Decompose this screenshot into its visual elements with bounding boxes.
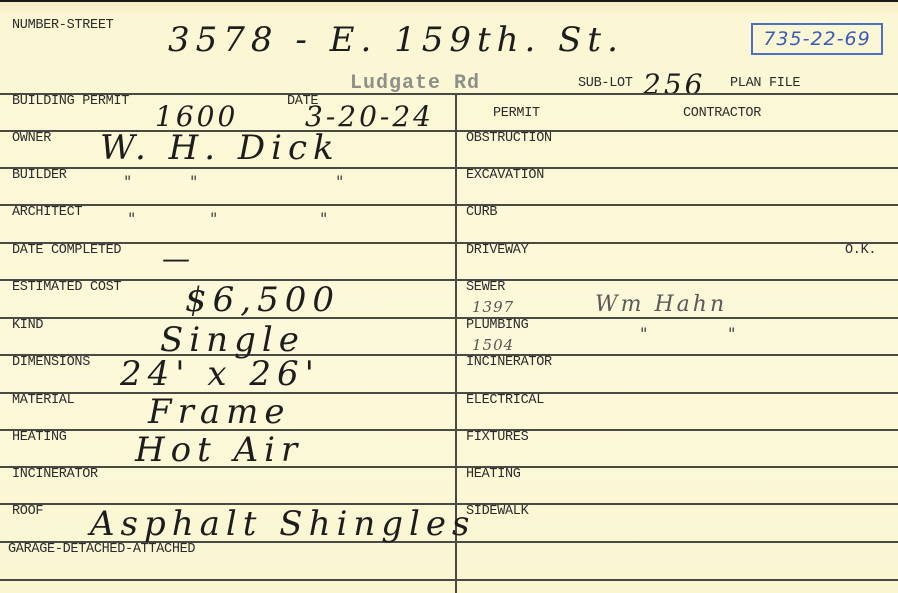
material-value: Frame <box>148 392 290 432</box>
plumbing-contractor-ditto-2: " <box>728 324 735 343</box>
builder-ditto-2: " <box>190 172 197 191</box>
architect-ditto-1: " <box>128 209 135 228</box>
curb-label: CURB <box>466 205 497 220</box>
garage-label: GARAGE-DETACHED-ATTACHED <box>8 542 195 557</box>
sewer-contractor: Wm Hahn <box>595 292 727 317</box>
builder-ditto-3: " <box>336 172 343 191</box>
contractor-header: CONTRACTOR <box>683 106 761 121</box>
dimensions-label: DIMENSIONS <box>12 355 90 370</box>
address-stamped: Ludgate Rd <box>350 72 480 95</box>
material-label: MATERIAL <box>12 393 74 408</box>
sewer-label: SEWER <box>466 280 505 295</box>
dimensions-value: 24' x 26' <box>120 354 320 394</box>
date-completed-label: DATE COMPLETED <box>12 243 121 258</box>
plumbing-label: PLUMBING <box>466 318 528 333</box>
building-permit-card: NUMBER-STREET 3578 - E. 159th. St. 735-2… <box>0 0 898 593</box>
permit-header: PERMIT <box>493 106 540 121</box>
builder-label: BUILDER <box>12 168 67 183</box>
row-line <box>0 204 898 206</box>
date-completed-value: — <box>162 242 193 275</box>
roof-value: Asphalt Shingles <box>90 504 475 544</box>
sub-lot-label: SUB-LOT <box>578 76 633 91</box>
number-street-label: NUMBER-STREET <box>12 18 113 33</box>
builder-ditto-1: " <box>124 172 131 191</box>
plan-file-label: PLAN FILE <box>730 76 800 91</box>
fixtures-label: FIXTURES <box>466 430 528 445</box>
roof-label: ROOF <box>12 504 43 519</box>
incinerator-permit-label: INCINERATOR <box>466 355 552 370</box>
excavation-label: EXCAVATION <box>466 168 544 183</box>
plumbing-permit-no: 1504 <box>472 336 514 354</box>
owner-label: OWNER <box>12 131 51 146</box>
plan-file-number: 735-22-69 <box>751 23 883 55</box>
row-line <box>0 279 898 281</box>
driveway-label: DRIVEWAY <box>466 243 528 258</box>
architect-label: ARCHITECT <box>12 205 82 220</box>
heating-value: Hot Air <box>135 430 303 470</box>
sub-lot-value: 256 <box>643 68 705 101</box>
sidewalk-label: SIDEWALK <box>466 504 528 519</box>
heating-permit-label: HEATING <box>466 467 521 482</box>
heating-label: HEATING <box>12 430 67 445</box>
architect-ditto-3: " <box>320 209 327 228</box>
row-line <box>0 317 898 319</box>
plumbing-contractor-ditto-1: " <box>640 324 647 343</box>
estimated-cost-value: $6,500 <box>185 280 340 320</box>
owner-value: W. H. Dick <box>100 128 340 168</box>
architect-ditto-2: " <box>210 209 217 228</box>
row-line <box>0 242 898 244</box>
row-line <box>0 93 898 95</box>
row-line <box>0 579 898 581</box>
driveway-note: O.K. <box>845 243 876 258</box>
electrical-label: ELECTRICAL <box>466 393 544 408</box>
estimated-cost-label: ESTIMATED COST <box>12 280 121 295</box>
address-handwritten: 3578 - E. 159th. St. <box>168 20 624 60</box>
obstruction-label: OBSTRUCTION <box>466 131 552 146</box>
sewer-permit-no: 1397 <box>472 298 514 316</box>
building-permit-label: BUILDING PERMIT <box>12 94 129 109</box>
incinerator-label: INCINERATOR <box>12 467 98 482</box>
kind-label: KIND <box>12 318 43 333</box>
